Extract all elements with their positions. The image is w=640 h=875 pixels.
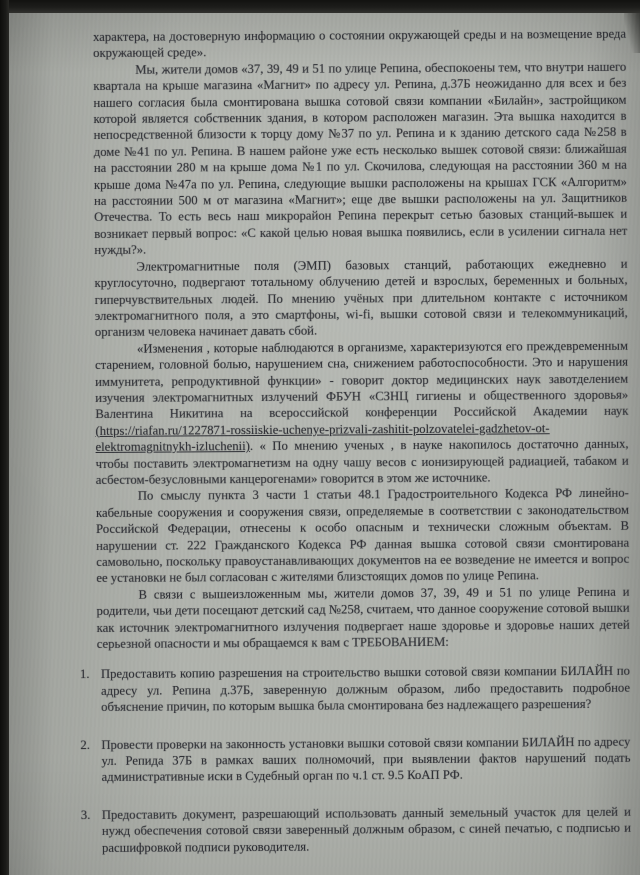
demand-number: 3.	[81, 807, 98, 856]
demand-item-3: 3. Предоставить документ, разрешающий ис…	[81, 804, 631, 857]
paragraph-residents-complaint: Мы, жители домов «37, 39, 49 и 51 по ули…	[93, 59, 627, 259]
quote-text-before-link: «Изменения , которые наблюдаются в орган…	[95, 338, 628, 421]
photo-edge-left	[0, 0, 9, 875]
demand-number: 2.	[80, 737, 97, 786]
demand-item-1: 1. Предоставить копию разрешения на стро…	[80, 663, 630, 716]
scanned-document-photo: характера, на достоверную информацию о с…	[0, 0, 640, 875]
demand-text: Предоставить документ, разрешающий испол…	[98, 804, 631, 856]
document-paper: характера, на достоверную информацию о с…	[9, 13, 640, 875]
demands-list: 1. Предоставить копию разрешения на стро…	[97, 663, 631, 856]
demand-number: 1.	[80, 666, 97, 715]
paragraph-nikitina-quote: «Изменения , которые наблюдаются в орган…	[95, 337, 629, 488]
paragraph-continuation: характера, на достоверную информацию о с…	[93, 26, 626, 62]
document-text: характера, на достоверную информацию о с…	[93, 26, 631, 856]
paragraph-legal-codes: По смыслу пункта 3 части 1 статьи 48.1 Г…	[96, 485, 630, 587]
paragraph-demand-intro: В связи с вышеизложенным мы, жители домо…	[96, 584, 629, 653]
photo-edge-top	[0, 0, 640, 13]
paragraph-emf-danger: Электромагнитные поля (ЭМП) базовых стан…	[94, 255, 627, 340]
demand-text: Провести проверки на законность установк…	[97, 733, 630, 785]
demand-item-2: 2. Провести проверки на законность устан…	[80, 733, 630, 786]
demand-text: Предоставить копию разрешения на строите…	[97, 663, 630, 715]
